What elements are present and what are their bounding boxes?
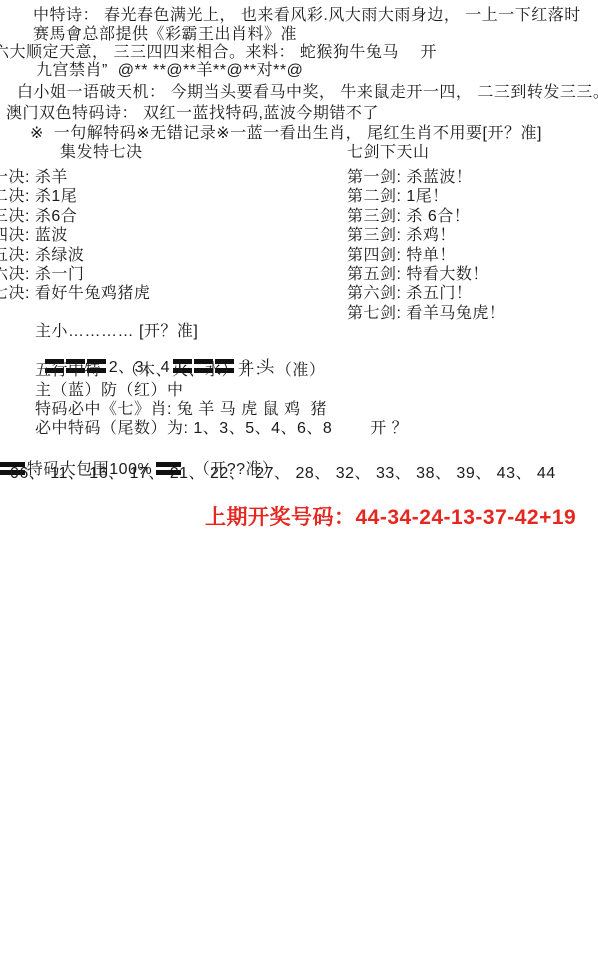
right-column-title: 七剑下天山 bbox=[347, 144, 430, 162]
list-item: 四决: 蓝波 bbox=[0, 222, 150, 241]
one-sentence-line: ※ 一句解特码※无错记录※一蓝一看出生肖， 尾红生肖不用要[开？准] bbox=[30, 125, 542, 143]
macau-poem-line: 澳门双色特码诗： 双红一蓝找特码,蓝波今期错不了 bbox=[6, 105, 379, 123]
list-item: 第七剑: 看羊马兔虎！ bbox=[347, 300, 505, 319]
surround-numbers: 06、 11、 16、 17、 21、 22、 27、 28、 32、 33、 … bbox=[10, 465, 556, 483]
list-item: 第三剑: 杀鸡！ bbox=[347, 222, 505, 241]
last-draw-result: 上期开奖号码：44-34-24-13-37-42+19 bbox=[205, 501, 576, 531]
left-column-list: 一决: 杀羊 二决: 杀1尾 三决: 杀6合 四决: 蓝波 五决: 杀绿波 六决… bbox=[0, 164, 150, 300]
special-poem-line: 中特诗： 春光春色满光上， 也来看风彩.风大雨大雨身边， 一上一下红落时 bbox=[33, 7, 581, 25]
zhu-lan-line: 主（蓝）防（红）中 bbox=[35, 382, 184, 400]
list-item: 一决: 杀羊 bbox=[0, 164, 150, 183]
jockey-club-line: 赛馬會总部提供《彩霸王出肖料》准 bbox=[33, 26, 297, 44]
list-item: 三决: 杀6合 bbox=[0, 203, 150, 222]
left-column-title: 集发特七决 bbox=[60, 144, 143, 162]
tails-line: 必中特码（尾数）为: 1、3、5、4、6、8 开 ？ bbox=[35, 420, 408, 438]
zhu-xiao-line: 主小………… [开？准] bbox=[35, 323, 198, 341]
list-item: 第五剑: 特看大数！ bbox=[347, 261, 505, 280]
lottery-tip-sheet: 中特诗： 春光春色满光上， 也来看风彩.风大雨大雨身边， 一上一下红落时 赛馬會… bbox=[0, 0, 598, 965]
list-item: 第三剑: 杀 6合！ bbox=[347, 203, 505, 222]
list-item: 七决: 看好牛兔鸡猪虎 bbox=[0, 280, 150, 299]
right-column-list: 第一剑: 杀蓝波！ 第二剑: 1尾！ 第三剑: 杀 6合！ 第三剑: 杀鸡！ 第… bbox=[347, 164, 505, 319]
list-item: 第四剑: 特单！ bbox=[347, 242, 505, 261]
list-item: 六决: 杀一门 bbox=[0, 261, 150, 280]
five-elements-line: 五行中特 （木、火、水）开： （准） bbox=[35, 362, 325, 380]
miss-bai-line: 白小姐一语破天机： 今期当头要看马中奖， 牛来鼠走开一四， 二三到转发三三。 bbox=[17, 84, 598, 102]
zodiac-line: 特码必中《七》肖: 兔 羊 马 虎 鼠 鸡 猪 bbox=[35, 401, 327, 419]
list-item: 第二剑: 1尾！ bbox=[347, 183, 505, 202]
list-item: 第六剑: 杀五门！ bbox=[347, 280, 505, 299]
six-big-line: 六大顺定天意， 三三四四来相合。来料： 蛇猴狗牛兔马 开 bbox=[0, 44, 437, 62]
list-item: 第一剑: 杀蓝波！ bbox=[347, 164, 505, 183]
nine-palace-line: 九宫禁肖” @** **@**羊**@**对**@ bbox=[36, 62, 303, 80]
list-item: 二决: 杀1尾 bbox=[0, 183, 150, 202]
list-item: 五决: 杀绿波 bbox=[0, 242, 150, 261]
